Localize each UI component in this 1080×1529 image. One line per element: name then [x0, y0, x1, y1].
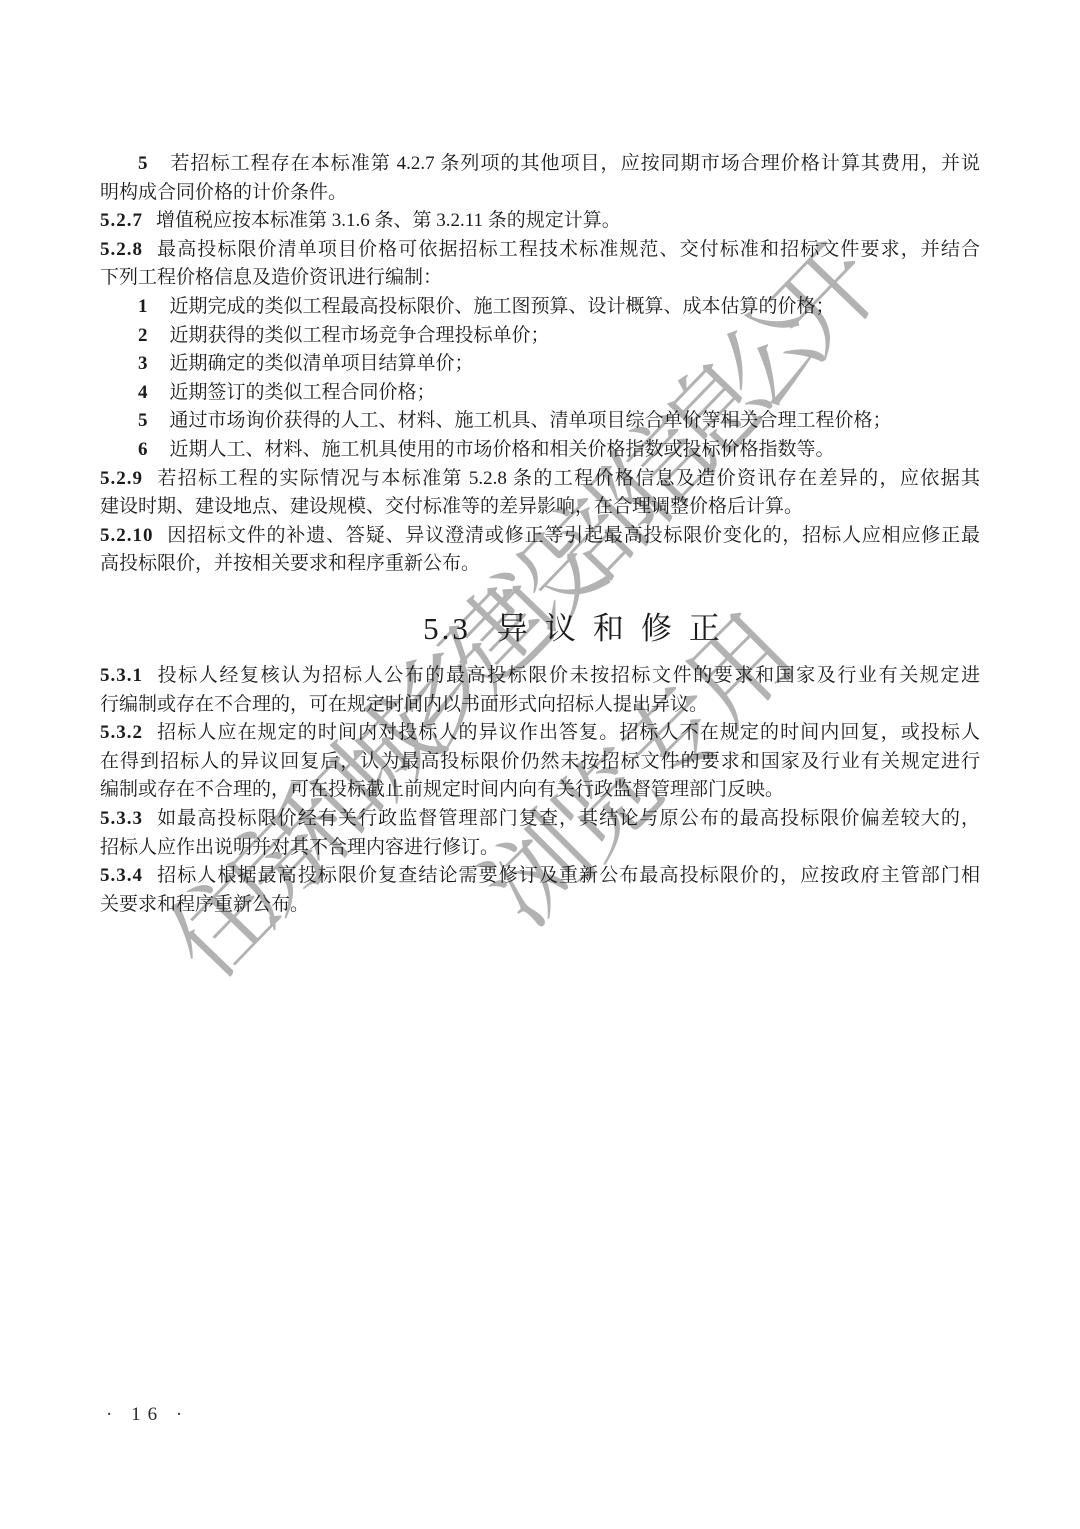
clause-line: 5若招标工程存在本标准第 4.2.7 条列项的其他项目，应按同期市场合理价格计算…	[100, 150, 980, 179]
clause-text: 近期人工、材料、施工机具使用的市场价格和相关价格指数或投标价格指数等。	[170, 439, 835, 460]
clause-text: 关要求和程序重新公布。	[100, 894, 309, 915]
section-heading: 5.3异议和修正	[140, 603, 1020, 648]
clause-block-5-3: 5.3.1投标人经复核认为招标人公布的最高投标限价未按招标文件的要求和国家及行业…	[100, 662, 980, 919]
list-item: 3近期确定的类似清单项目结算单价；	[100, 350, 980, 379]
list-item: 4近期签订的类似工程合同价格；	[100, 379, 980, 408]
clause-text: 招标人应在规定的时间内对投标人的异议作出答复。招标人不在规定的时间内回复，或投标…	[156, 722, 980, 743]
section-title: 异议和修正	[497, 611, 737, 646]
list-item: 2近期获得的类似工程市场竞争合理投标单价；	[100, 322, 980, 351]
clause-text: 通过市场询价获得的人工、材料、施工机具、清单项目综合单价等相关合理工程价格；	[170, 410, 892, 431]
clause-line: 5.2.8最高投标限价清单项目价格可依据招标工程技术标准规范、交付标准和招标文件…	[100, 236, 980, 265]
clause-line: 招标人应作出说明并对其不合理内容进行修订。	[100, 834, 980, 863]
item-number: 4	[138, 382, 148, 403]
clause-number: 5.3.2	[100, 722, 143, 743]
clause-line: 关要求和程序重新公布。	[100, 891, 980, 920]
clause-number: 5.3.1	[100, 665, 143, 686]
item-number: 5	[138, 410, 148, 431]
clause-number: 5.3.4	[100, 865, 143, 886]
clause-text: 在得到招标人的异议回复后，认为最高投标限价仍然未按招标文件的要求和国家及行业有关…	[100, 751, 980, 772]
clause-line: 5.3.1投标人经复核认为招标人公布的最高投标限价未按招标文件的要求和国家及行业…	[100, 662, 980, 691]
clause-block-5-2: 5若招标工程存在本标准第 4.2.7 条列项的其他项目，应按同期市场合理价格计算…	[100, 150, 980, 579]
clause-text: 如最高投标限价经有关行政监督管理部门复查，其结论与原公布的最高投标限价偏差较大的…	[156, 808, 980, 829]
clause-line: 编制或存在不合理的，可在投标截止前规定时间内向有关行政监督管理部门反映。	[100, 776, 980, 805]
clause-text: 招标人根据最高投标限价复查结论需要修订及重新公布最高投标限价的，应按政府主管部门…	[156, 865, 980, 886]
clause-line: 5.2.7增值税应按本标准第 3.1.6 条、第 3.2.11 条的规定计算。	[100, 207, 980, 236]
clause-text: 行编制或存在不合理的，可在规定时间内以书面形式向招标人提出异议。	[100, 694, 708, 715]
clause-line: 建设时期、建设地点、建设规模、交付标准等的差异影响，在合理调整价格后计算。	[100, 493, 980, 522]
clause-text: 编制或存在不合理的，可在投标截止前规定时间内向有关行政监督管理部门反映。	[100, 779, 784, 800]
clause-text: 高投标限价，并按相关要求和程序重新公布。	[100, 553, 480, 574]
clause-text: 下列工程价格信息及造价资讯进行编制：	[100, 267, 442, 288]
list-item: 1近期完成的类似工程最高投标限价、施工图预算、设计概算、成本估算的价格；	[100, 293, 980, 322]
clause-line: 下列工程价格信息及造价资讯进行编制：	[100, 264, 980, 293]
clause-number: 5.2.8	[100, 239, 143, 260]
list-item: 5通过市场询价获得的人工、材料、施工机具、清单项目综合单价等相关合理工程价格；	[100, 407, 980, 436]
item-number: 6	[138, 439, 148, 460]
item-number: 5	[138, 153, 148, 174]
clause-text: 建设时期、建设地点、建设规模、交付标准等的差异影响，在合理调整价格后计算。	[100, 496, 803, 517]
clause-text: 近期签订的类似工程合同价格；	[170, 382, 436, 403]
clause-line: 明构成合同价格的计价条件。	[100, 179, 980, 208]
item-number: 3	[138, 353, 148, 374]
clause-text: 最高投标限价清单项目价格可依据招标工程技术标准规范、交付标准和招标文件要求，并结…	[156, 239, 980, 260]
clause-number: 5.3.3	[100, 808, 143, 829]
clause-line: 5.2.10因招标文件的补遗、答疑、异议澄清或修正等引起最高投标限价变化的，招标…	[100, 522, 980, 551]
clause-text: 招标人应作出说明并对其不合理内容进行修订。	[100, 837, 499, 858]
clause-line: 行编制或存在不合理的，可在规定时间内以书面形式向招标人提出异议。	[100, 691, 980, 720]
clause-line: 在得到招标人的异议回复后，认为最高投标限价仍然未按招标文件的要求和国家及行业有关…	[100, 748, 980, 777]
section-number: 5.3	[423, 611, 471, 646]
clause-line: 5.2.9若招标工程的实际情况与本标准第 5.2.8 条的工程价格信息及造价资讯…	[100, 465, 980, 494]
clause-line: 高投标限价，并按相关要求和程序重新公布。	[100, 550, 980, 579]
clause-text: 近期获得的类似工程市场竞争合理投标单价；	[170, 325, 550, 346]
clause-line: 5.3.4招标人根据最高投标限价复查结论需要修订及重新公布最高投标限价的，应按政…	[100, 862, 980, 891]
clause-number: 5.2.7	[100, 210, 143, 231]
clause-line: 5.3.3如最高投标限价经有关行政监督管理部门复查，其结论与原公布的最高投标限价…	[100, 805, 980, 834]
page-number: · 16 ·	[106, 1404, 189, 1426]
document-page: 住房和城乡建设部信息公开 浏览专用 5若招标工程存在本标准第 4.2.7 条列项…	[0, 0, 1080, 1529]
clause-text: 因招标文件的补遗、答疑、异议澄清或修正等引起最高投标限价变化的，招标人应相应修正…	[167, 525, 981, 546]
item-number: 2	[138, 325, 148, 346]
clause-line: 5.3.2招标人应在规定的时间内对投标人的异议作出答复。招标人不在规定的时间内回…	[100, 719, 980, 748]
clause-text: 若招标工程的实际情况与本标准第 5.2.8 条的工程价格信息及造价资讯存在差异的…	[156, 468, 980, 489]
clause-number: 5.2.9	[100, 468, 143, 489]
item-number: 1	[138, 296, 148, 317]
clause-text: 增值税应按本标准第 3.1.6 条、第 3.2.11 条的规定计算。	[156, 210, 621, 231]
list-item: 6近期人工、材料、施工机具使用的市场价格和相关价格指数或投标价格指数等。	[100, 436, 980, 465]
clause-number: 5.2.10	[100, 525, 154, 546]
clause-text: 若招标工程存在本标准第 4.2.7 条列项的其他项目，应按同期市场合理价格计算其…	[170, 153, 981, 174]
clause-text: 近期完成的类似工程最高投标限价、施工图预算、设计概算、成本估算的价格；	[170, 296, 835, 317]
clause-text: 投标人经复核认为招标人公布的最高投标限价未按招标文件的要求和国家及行业有关规定进	[156, 665, 980, 686]
clause-text: 明构成合同价格的计价条件。	[100, 182, 347, 203]
clause-text: 近期确定的类似清单项目结算单价；	[170, 353, 474, 374]
